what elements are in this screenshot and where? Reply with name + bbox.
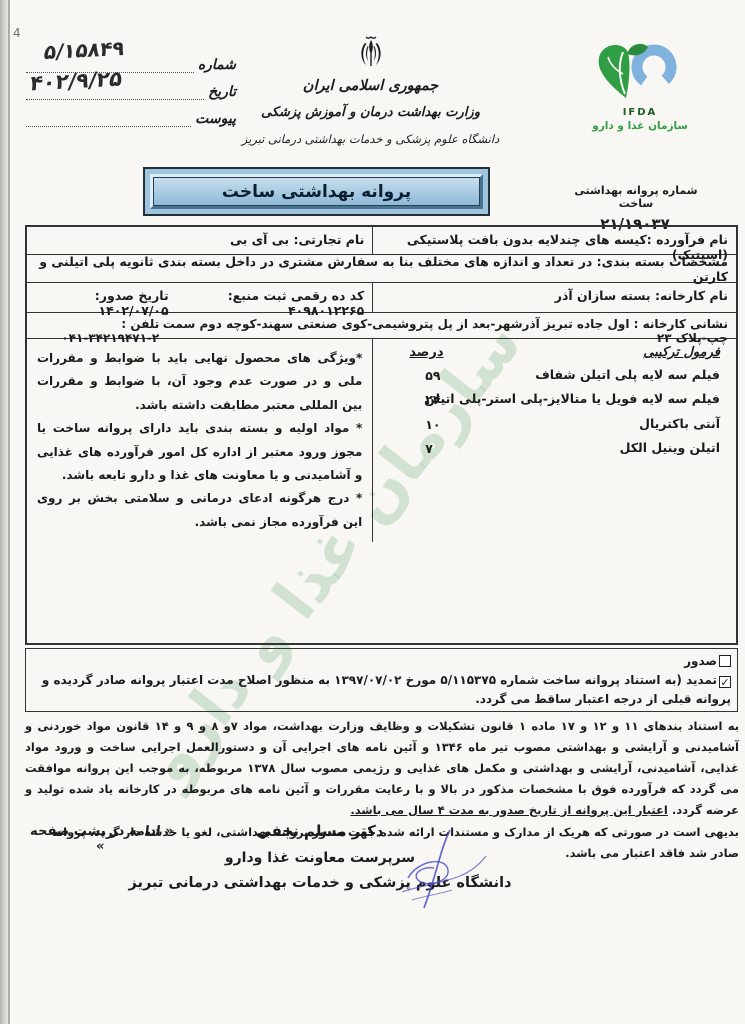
- regulatory-note: * درج هرگونه ادعای درمانی و سلامتی بخش ب…: [37, 487, 362, 534]
- ingredient-name: فیلم سه لایه فویل یا متالایز-پلی استر-پل…: [424, 391, 720, 406]
- product-info-table: نام فرآورده :کیسه های چندلایه بدون بافت …: [25, 225, 738, 645]
- issue-option-label: صدور: [684, 654, 717, 668]
- percent-column-header: درصد: [409, 345, 443, 360]
- formula-row: اتیلن وینیل الکل ۷: [381, 438, 728, 457]
- number-label: شماره: [194, 57, 236, 73]
- ifda-org-name: سازمان غذا و دارو: [584, 120, 696, 132]
- regulatory-note: *ویژگی های محصول نهایی باید با ضوابط و م…: [37, 347, 362, 417]
- legal-body: به استناد بندهای ۱۱ و ۱۲ و ۱۷ ماده ۱ قان…: [25, 716, 739, 821]
- ministry-title: وزارت بهداشت درمان و آموزش پزشکی: [238, 105, 503, 120]
- factory-address: نشانی کارخانه : اول جاده تبریز آذرشهر-بع…: [159, 317, 728, 334]
- license-title-box: پروانه بهداشتی ساخت: [143, 167, 490, 216]
- issue-date: تاریخ صدور: ۱۴۰۲/۰۷/۰۵: [35, 288, 169, 308]
- validity-sentence: اعتبار این پروانه از تاریخ صدور به مدت ۴…: [350, 803, 668, 817]
- ingredient-percent: ۵۹: [425, 366, 440, 385]
- continued-on-back-note: « ادامه در پشت صفحه »: [24, 824, 177, 854]
- issue-option-row: صدور: [32, 652, 731, 671]
- republic-title: جمهوری اسلامی ایران: [238, 78, 503, 94]
- registry-stamp-block: شماره ۵/۱۵۸۴۹ تاریخ ۴۰۲/۹/۲۵ پیوست: [26, 46, 236, 127]
- formula-row: آنتی باکتریال ۱۰: [381, 414, 728, 433]
- title-box-panel: پروانه بهداشتی ساخت: [153, 177, 480, 206]
- scan-edge-line: [8, 0, 10, 1024]
- formula-row: فیلم سه لایه فویل یا متالایز-پلی استر-پل…: [381, 389, 728, 408]
- factory-name-cell: نام کارخانه: بسته سازان آذر: [372, 283, 736, 312]
- formula-cell: فرمول ترکیبی درصد فیلم سه لایه پلی اتیلن…: [372, 339, 736, 542]
- address-cell: نشانی کارخانه : اول جاده تبریز آذرشهر-بع…: [27, 313, 736, 338]
- handwritten-number: ۵/۱۵۸۴۹: [43, 36, 126, 64]
- ingredient-name: فیلم سه لایه پلی اتیلن شفاف: [535, 367, 720, 382]
- regulatory-note: * مواد اولیه و بسته بندی باید دارای پروا…: [37, 417, 362, 487]
- title-box-bevel: پروانه بهداشتی ساخت: [150, 174, 483, 209]
- renew-option-text: تمدید (به استناد پروانه ساخت شماره ۵/۱۱۵…: [42, 673, 731, 706]
- regulatory-notes-cell: *ویژگی های محصول نهایی باید با ضوابط و م…: [27, 339, 372, 542]
- pencil-corner-mark: 4: [13, 26, 21, 40]
- attachment-label: پیوست: [191, 111, 236, 127]
- license-number-label: شماره پروانه بهداشتی ساخت: [556, 184, 716, 210]
- ifda-logo-block: IFDA سازمان غذا و دارو: [584, 40, 696, 132]
- code-date-cell: کد ده رقمی ثبت منبع: ۴۰۹۸۰۱۲۲۶۵ تاریخ صد…: [27, 283, 372, 312]
- table-row-formula-notes: فرمول ترکیبی درصد فیلم سه لایه پلی اتیلن…: [27, 339, 736, 542]
- ingredient-percent: ۲۴: [425, 390, 440, 409]
- renew-option-row: ✓تمدید (به استناد پروانه ساخت شماره ۵/۱۱…: [32, 671, 731, 709]
- factory-phone: تلفن : ۲-۳۴۲۱۹۴۷۱-۰۴۱: [35, 317, 159, 334]
- scanned-license-document: 4 سازمان غذا و دارو شماره ۵/۱۵۸۴۹ تاریخ …: [0, 0, 745, 1024]
- ifda-acronym: IFDA: [584, 107, 696, 118]
- ministry-header: جمهوری اسلامی ایران وزارت بهداشت درمان و…: [238, 34, 503, 146]
- source-code: کد ده رقمی ثبت منبع: ۴۰۹۸۰۱۲۲۶۵: [169, 288, 365, 308]
- ingredient-percent: ۱۰: [425, 415, 440, 434]
- handwritten-signature-icon: [388, 826, 498, 918]
- ifda-logo-icon: [592, 40, 688, 102]
- handwritten-date: ۴۰۲/۹/۲۵: [29, 66, 124, 95]
- registry-attachment-row: پیوست: [26, 100, 236, 127]
- dotted-line: [26, 109, 191, 127]
- table-row-packaging: مشخصات بسته بندی: در تعداد و اندازه های …: [27, 255, 736, 283]
- license-title: پروانه بهداشتی ساخت: [222, 182, 411, 202]
- table-row-address: نشانی کارخانه : اول جاده تبریز آذرشهر-بع…: [27, 313, 736, 339]
- checkbox-checked-icon: ✓: [719, 676, 731, 688]
- university-title: دانشگاه علوم پزشکی و خدمات بهداشتی درمان…: [238, 132, 503, 146]
- iran-emblem-icon: [354, 34, 388, 72]
- ingredient-percent: ۷: [425, 439, 433, 458]
- formula-row: فیلم سه لایه پلی اتیلن شفاف ۵۹: [381, 365, 728, 384]
- issuance-type-box: صدور ✓تمدید (به استناد پروانه ساخت شماره…: [25, 648, 738, 712]
- registry-date-row: تاریخ ۴۰۲/۹/۲۵: [26, 73, 236, 100]
- ingredient-name: آنتی باکتریال: [639, 416, 720, 431]
- checkbox-unchecked-icon: [719, 655, 731, 667]
- date-label: تاریخ: [204, 84, 236, 100]
- table-row-factory: نام کارخانه: بسته سازان آذر کد ده رقمی ث…: [27, 283, 736, 313]
- ingredient-name: اتیلن وینیل الکل: [620, 440, 720, 455]
